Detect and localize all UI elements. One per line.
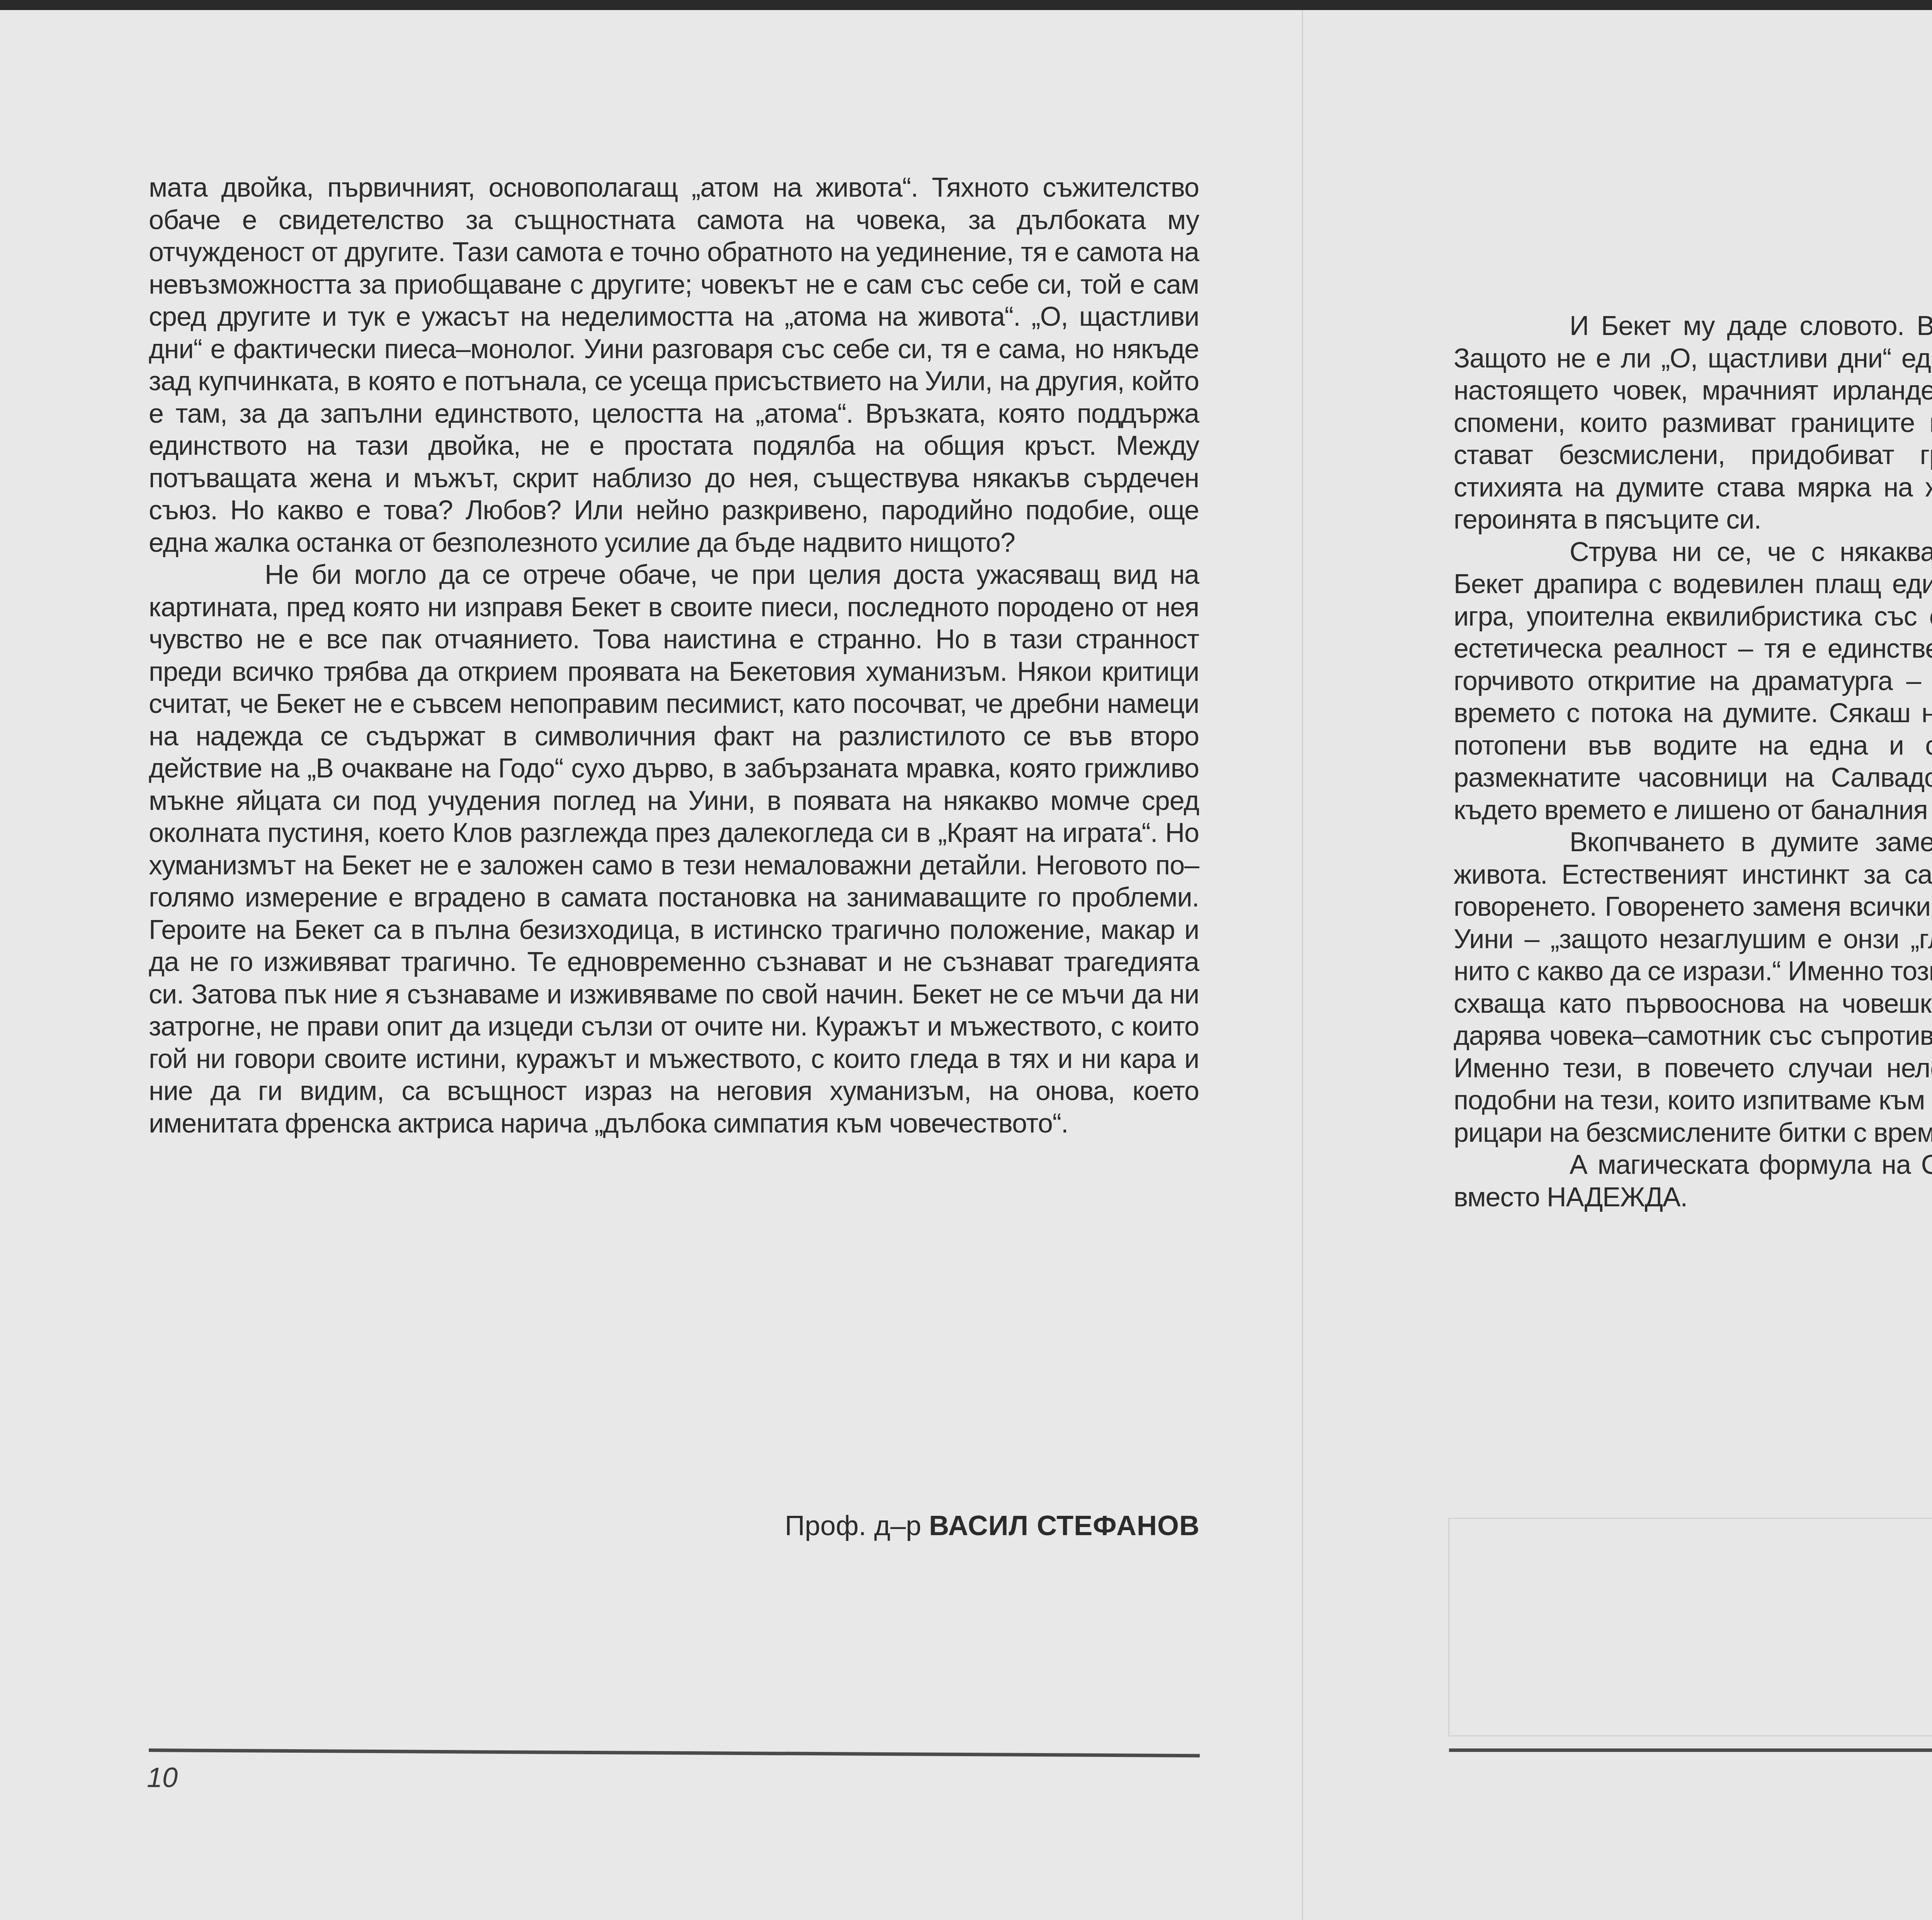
- right-paragraph-2: Струва ни се, че с някаква педантична ар…: [1454, 536, 1932, 827]
- right-paragraph-3: Вкопчването в думите заменя, или може би…: [1454, 826, 1932, 1149]
- right-paragraph-1: И Бекет му даде словото. Водопади от дум…: [1454, 310, 1932, 536]
- signature-title: Проф. д–р: [785, 1510, 921, 1541]
- page-number-left: 10: [147, 1762, 178, 1794]
- left-signature: Проф. д–р ВАСИЛ СТЕФАНОВ: [785, 1510, 1200, 1542]
- right-footer-rule: [1449, 1748, 1932, 1752]
- signature-name: ВАСИЛ СТЕФАНОВ: [929, 1510, 1200, 1541]
- left-page-body: мата двойка, първичният, основополагащ „…: [149, 172, 1199, 1139]
- scanner-top-edge: [0, 0, 1932, 10]
- bleed-through-box: [1448, 1518, 1932, 1736]
- right-page-body: И Бекет му даде словото. Водопади от дум…: [1454, 310, 1932, 1213]
- left-paragraph-2: Не би могло да се отрече обаче, че при ц…: [149, 559, 1199, 1139]
- left-paragraph-1: мата двойка, първичният, основополагащ „…: [149, 172, 1199, 559]
- right-paragraph-4: А магическата формула на Самюъл Бекет е …: [1454, 1149, 1932, 1213]
